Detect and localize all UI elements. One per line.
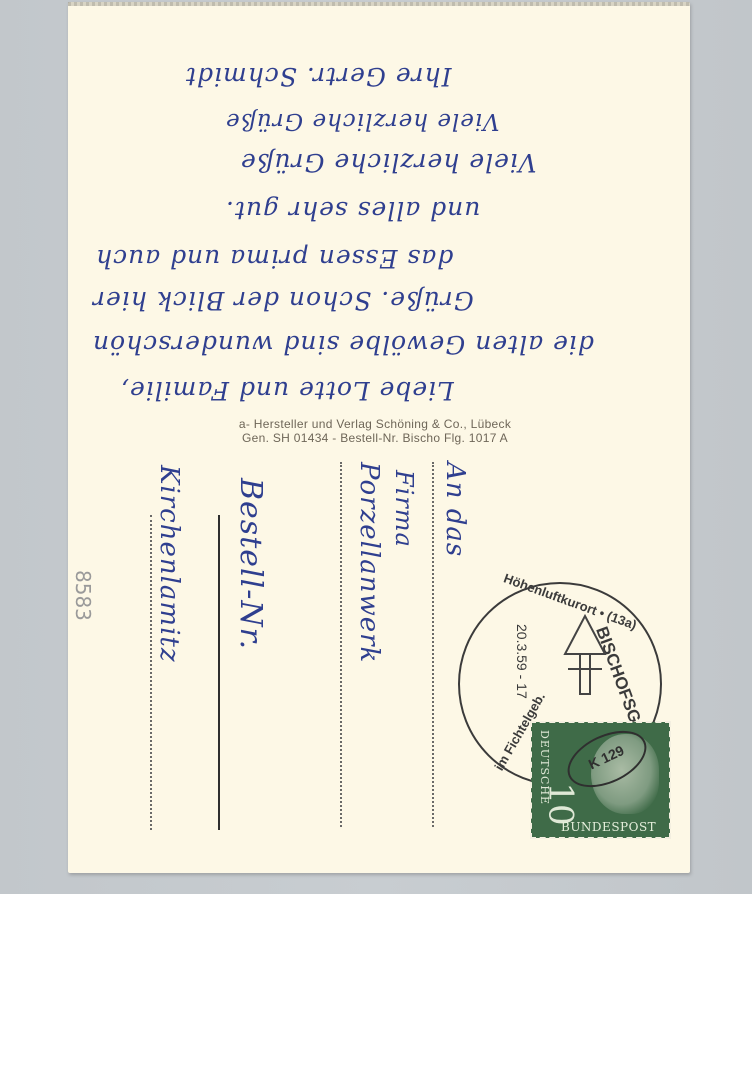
publisher-imprint: a- Hersteller und Verlag Schöning & Co.,…	[195, 417, 555, 445]
message-line: Viele herzliche Grüße	[225, 108, 499, 134]
address-line: Bestell-Nr.	[233, 478, 268, 650]
address-line: Porzellanwerk	[354, 462, 384, 663]
message-line: Viele herzliche Grüße	[240, 148, 537, 177]
message-line: Ihre Gertr. Schmidt	[185, 62, 452, 91]
stamp-label: BUNDESPOST	[561, 820, 656, 834]
address-underline	[218, 515, 220, 830]
message-line: die alten Gewölbe sind wunderschön	[92, 330, 594, 359]
address-dotted-line	[150, 515, 152, 830]
message-line: und alles sehr gut.	[225, 196, 480, 225]
tree-tower-icon	[560, 614, 610, 704]
publisher-line-2: Gen. SH 01434 - Bestell-Nr. Bischo Flg. …	[195, 431, 555, 445]
address-line: Firma	[390, 470, 418, 548]
address-line: Kirchenlamitz	[154, 465, 184, 663]
address-dotted-line	[432, 462, 434, 827]
pencil-note: 8583	[71, 570, 95, 621]
message-line: das Essen prima und auch	[95, 244, 453, 273]
message-line: Grüße. Schon der Blick hier	[92, 286, 474, 315]
address-line: An das	[440, 462, 470, 557]
publisher-line-1: a- Hersteller und Verlag Schöning & Co.,…	[195, 417, 555, 431]
address-dotted-line	[340, 462, 342, 827]
message-line: Liebe Lotte und Familie,	[120, 376, 454, 405]
postmark-date: 20.3.59 - 17	[514, 624, 530, 699]
